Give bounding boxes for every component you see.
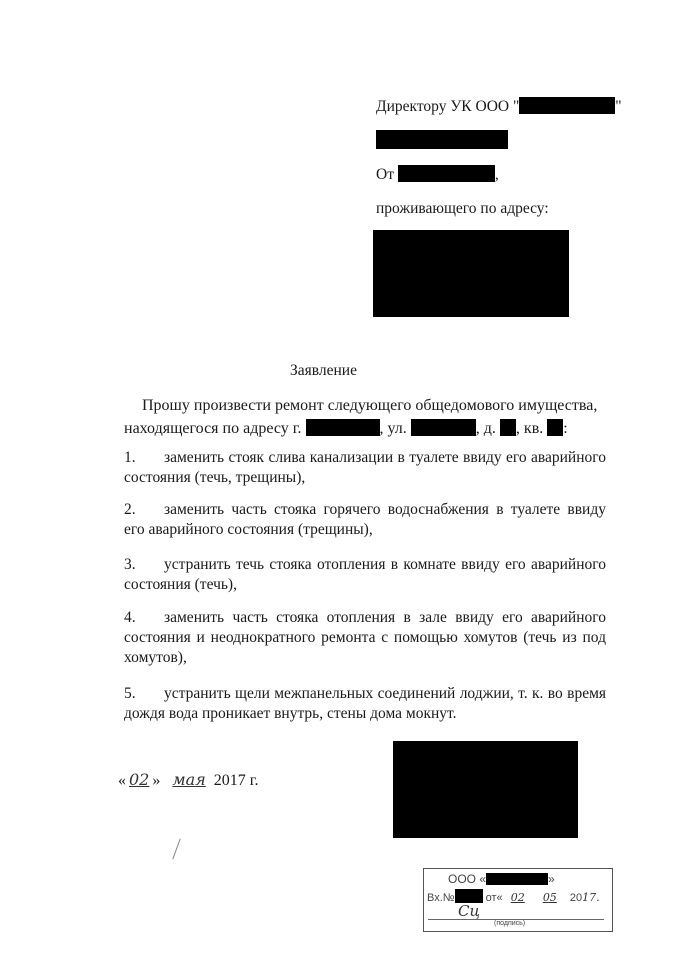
- apartment-label: , кв.: [516, 420, 543, 437]
- stamp-year-suffix: 17.: [582, 891, 600, 904]
- item-number: 5.: [124, 684, 164, 704]
- stamp-year-prefix: 20: [570, 892, 582, 904]
- stamp-incoming-row: Вх.№ от« 02 05 2017.: [427, 889, 600, 904]
- document-title: Заявление: [290, 362, 357, 380]
- item-text-rest: его аварийного состояния (трещины),: [124, 521, 373, 538]
- item-text-start: заменить часть стояка горячего водоснабж…: [164, 501, 606, 518]
- stamp-signature: Сц: [458, 902, 480, 920]
- pen-mark: [172, 838, 180, 859]
- item-text-rest: состояния и неоднократного ремонта с пом…: [124, 629, 606, 666]
- redacted-street: [411, 419, 476, 436]
- date-day: 02: [126, 770, 152, 789]
- stamp-org-suffix: »: [548, 872, 555, 886]
- residence-label: проживающего по адресу:: [376, 200, 549, 218]
- addressee-line: Директору УК ООО "": [376, 97, 622, 116]
- redacted-apartment: [547, 419, 563, 436]
- from-suffix: ,: [495, 166, 499, 183]
- from-label: От: [376, 166, 394, 183]
- intro-line-2: находящегося по адресу г. , ул. , д. , к…: [124, 419, 568, 438]
- redacted-city: [306, 419, 380, 436]
- list-item: 5.устранить щели межпанельных соединений…: [124, 684, 606, 724]
- date-close-quote: »: [152, 772, 160, 789]
- date-month: мая: [164, 770, 213, 789]
- item-number: 2.: [124, 500, 164, 520]
- stamp-org-prefix: ООО «: [448, 872, 486, 886]
- address-city-label: находящегося по адресу г.: [124, 420, 302, 437]
- intro-colon: :: [563, 420, 567, 437]
- incoming-registration-stamp: ООО «» Вх.№ от« 02 05 2017. Сц (подпись): [423, 868, 613, 932]
- stamp-signature-caption: (подпись): [494, 920, 525, 927]
- stamp-day: 02: [506, 891, 530, 904]
- item-text-start: заменить стояк слива канализации в туале…: [164, 449, 527, 466]
- list-item: 2.заменить часть стояка горячего водосна…: [124, 500, 606, 540]
- date-year: 2017 г.: [214, 772, 259, 789]
- stamp-from-label: от«: [486, 892, 503, 904]
- date-open-quote: «: [118, 772, 126, 789]
- list-item: 1.заменить стояк слива канализации в туа…: [124, 448, 606, 488]
- redacted-stamp-org: [486, 873, 548, 885]
- item-number: 3.: [124, 555, 164, 575]
- intro-line-1: Прошу произвести ремонт следующего общед…: [142, 397, 597, 415]
- date-line: «02» мая2017 г.: [118, 771, 259, 790]
- item-number: 4.: [124, 608, 164, 628]
- item-text-start: устранить течь стояка отопления в комнат…: [164, 556, 526, 573]
- redacted-director-name: [376, 130, 508, 149]
- from-line: От ,: [376, 165, 499, 184]
- item-number: 1.: [124, 448, 164, 468]
- redacted-house: [500, 419, 516, 436]
- redacted-address-block: [373, 230, 569, 317]
- stamp-month: 05: [533, 891, 567, 904]
- redacted-sender-name: [398, 165, 495, 182]
- house-label: , д.: [476, 420, 496, 437]
- addressee-prefix: Директору УК ООО ": [376, 98, 519, 115]
- stamp-incoming-label: Вх.№: [427, 892, 455, 904]
- item-text-start: заменить часть стояка отопления в зале в…: [164, 609, 606, 626]
- stamp-org-row: ООО «»: [448, 872, 555, 886]
- list-item: 4.заменить часть стояка отопления в зале…: [124, 608, 606, 668]
- list-item: 3.устранить течь стояка отопления в комн…: [124, 555, 606, 595]
- item-text-start: устранить щели межпанельных соединений л…: [164, 685, 563, 702]
- street-label: , ул.: [380, 420, 407, 437]
- redacted-signature-block: [393, 741, 578, 838]
- redacted-company-name: [519, 97, 615, 114]
- redacted-incoming-number: [455, 889, 483, 903]
- addressee-suffix: ": [615, 98, 621, 115]
